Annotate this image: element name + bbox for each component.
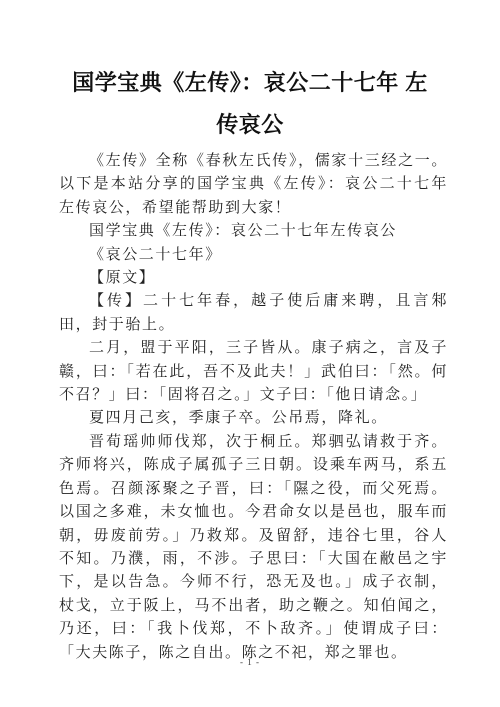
paragraph: 《左传》全称《春秋左氏传》，儒家十三经之一。以下是本站分享的国学宝典《左传》：哀… <box>59 150 448 220</box>
page-title: 国学宝典《左传》：哀公二十七年 左传哀公 <box>72 0 428 146</box>
paragraph: 《哀公二十七年》 <box>59 244 448 267</box>
document-page: 国学宝典《左传》：哀公二十七年 左传哀公 《左传》全称《春秋左氏传》，儒家十三经… <box>0 0 500 707</box>
paragraph: 国学宝典《左传》：哀公二十七年左传哀公 <box>59 220 448 243</box>
paragraph: 【传】二十七年春，越子使后庸来聘，且言邾田，封于骀上。 <box>59 290 448 337</box>
paragraph: 二月，盟于平阳，三子皆从。康子病之，言及子赣，曰：「若在此，吾不及此夫！」武伯曰… <box>59 337 448 407</box>
page-number: - 1 - <box>0 657 500 667</box>
document-body: 《左传》全称《春秋左氏传》，儒家十三经之一。以下是本站分享的国学宝典《左传》：哀… <box>0 146 500 665</box>
paragraph: 晋荀瑶帅师伐郑，次于桐丘。郑驷弘请救于齐。齐师将兴，陈成子属孤子三日朝。设乘车两… <box>59 431 448 665</box>
paragraph: 夏四月己亥，季康子卒。公吊焉，降礼。 <box>59 407 448 430</box>
paragraph: 【原文】 <box>59 267 448 290</box>
